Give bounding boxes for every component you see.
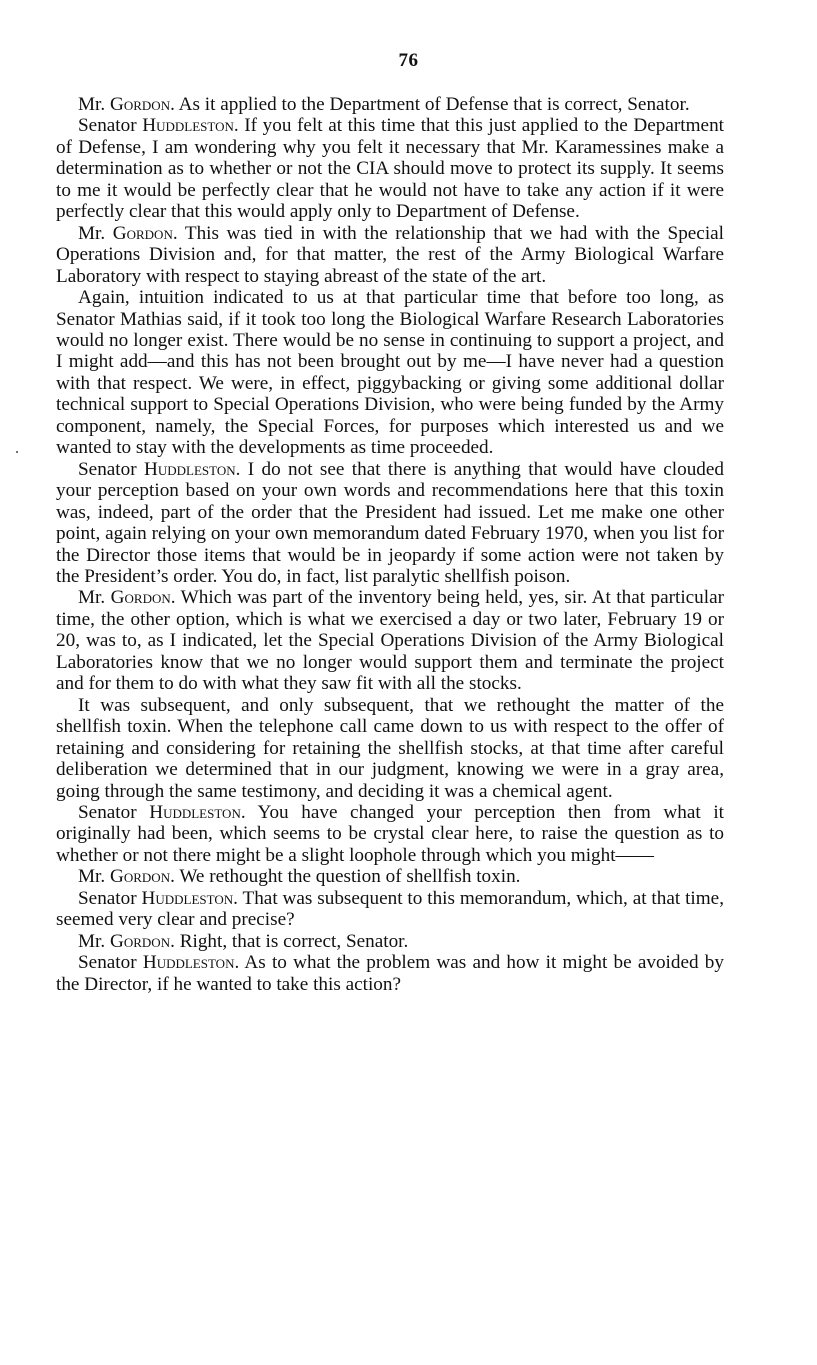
speaker-name: Huddleston <box>142 888 234 909</box>
paragraph-text: As it applied to the Department of Defen… <box>179 94 690 115</box>
transcript-paragraph: Mr. Gordon. Right, that is correct, Sena… <box>56 931 724 952</box>
transcript-body: Mr. Gordon. As it applied to the Departm… <box>56 94 724 995</box>
speaker-title: Mr. <box>78 866 105 887</box>
speaker-title: Mr. <box>78 223 105 244</box>
speaker-name: Gordon <box>110 866 170 887</box>
speaker-title: Mr. <box>78 931 105 952</box>
speaker-title: Senator <box>78 115 137 136</box>
transcript-paragraph: Mr. Gordon. As it applied to the Departm… <box>56 94 724 115</box>
speaker-name: Huddleston <box>142 115 234 136</box>
scan-artifact-dot <box>16 451 18 453</box>
page-number: 76 <box>0 50 817 72</box>
speaker-name: Huddleston <box>144 459 236 480</box>
transcript-paragraph: Mr. Gordon. This was tied in with the re… <box>56 223 724 287</box>
paragraph-text: Again, intuition indicated to us at that… <box>56 287 724 458</box>
speaker-name: Gordon <box>110 94 170 115</box>
speaker-name: Huddleston <box>149 802 241 823</box>
speaker-title: Senator <box>78 952 137 973</box>
speaker-name: Huddleston <box>143 952 235 973</box>
speaker-title: Senator <box>78 802 137 823</box>
paragraph-text: We rethought the question of shellfish t… <box>179 866 520 887</box>
speaker-name: Gordon <box>110 931 170 952</box>
speaker-name: Gordon <box>111 587 171 608</box>
speaker-title: Senator <box>78 888 137 909</box>
transcript-paragraph: Senator Huddleston. I do not see that th… <box>56 459 724 588</box>
paragraph-text: Right, that is correct, Senator. <box>180 931 409 952</box>
speaker-title: Senator <box>78 459 137 480</box>
speaker-title: Mr. <box>78 94 105 115</box>
transcript-paragraph: Again, intuition indicated to us at that… <box>56 287 724 459</box>
transcript-paragraph: Senator Huddleston. That was subsequent … <box>56 888 724 931</box>
paragraph-text: It was subsequent, and only subsequent, … <box>56 695 724 802</box>
transcript-paragraph: Senator Huddleston. If you felt at this … <box>56 115 724 222</box>
transcript-paragraph: It was subsequent, and only subsequent, … <box>56 695 724 802</box>
transcript-paragraph: Senator Huddleston. As to what the probl… <box>56 952 724 995</box>
speaker-name: Gordon <box>113 223 173 244</box>
speaker-title: Mr. <box>78 587 105 608</box>
transcript-paragraph: Mr. Gordon. We rethought the question of… <box>56 866 724 887</box>
transcript-paragraph: Senator Huddleston. You have changed you… <box>56 802 724 866</box>
transcript-paragraph: Mr. Gordon. Which was part of the invent… <box>56 587 724 694</box>
